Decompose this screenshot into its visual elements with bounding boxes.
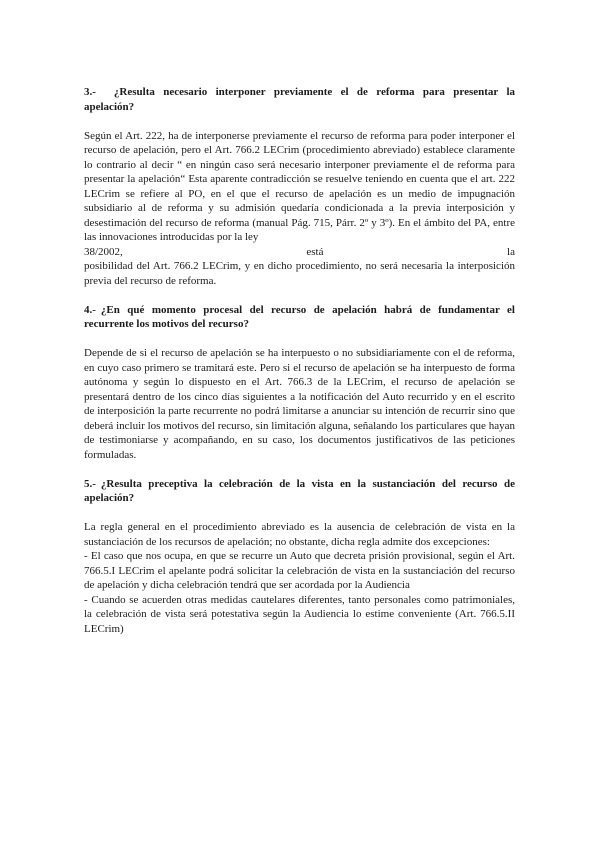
justified-gap-line: 38/2002, está la xyxy=(84,245,515,260)
question-5-number: 5.- xyxy=(84,478,96,490)
answer-3-text-after: posibilidad del Art. 766.2 LECrim, y en … xyxy=(84,259,515,288)
question-heading-5: 5.-¿Resulta preceptiva la celebración de… xyxy=(84,477,515,506)
answer-4-text: Depende de si el recurso de apelación se… xyxy=(84,347,515,461)
question-heading-3: 3.-¿Resulta necesario interponer previam… xyxy=(84,85,515,114)
answer-5-exception-2: - Cuando se acuerden otras medidas caute… xyxy=(84,593,515,637)
gap-line-center: está xyxy=(306,245,323,260)
gap-line-left: 38/2002, xyxy=(84,245,123,260)
question-4-text: ¿En qué momento procesal del recurso de … xyxy=(84,304,515,331)
question-heading-4: 4.-¿En qué momento procesal del recurso … xyxy=(84,303,515,332)
question-3-number: 3.- xyxy=(84,86,96,98)
gap-line-right: la xyxy=(507,245,515,260)
question-4-number: 4.- xyxy=(84,304,96,316)
answer-paragraph-4: Depende de si el recurso de apelación se… xyxy=(84,346,515,462)
answer-paragraph-5: La regla general en el procedimiento abr… xyxy=(84,520,515,636)
answer-5-intro: La regla general en el procedimiento abr… xyxy=(84,520,515,549)
question-5-text: ¿Resulta preceptiva la celebración de la… xyxy=(84,478,515,505)
question-3-text: ¿Resulta necesario interponer previament… xyxy=(84,86,515,113)
answer-3-text-before: Según el Art. 222, ha de interponerse pr… xyxy=(84,129,515,245)
document-page: 3.-¿Resulta necesario interponer previam… xyxy=(0,0,599,848)
answer-5-exception-1: - El caso que nos ocupa, en que se recur… xyxy=(84,549,515,593)
answer-paragraph-3: Según el Art. 222, ha de interponerse pr… xyxy=(84,129,515,289)
